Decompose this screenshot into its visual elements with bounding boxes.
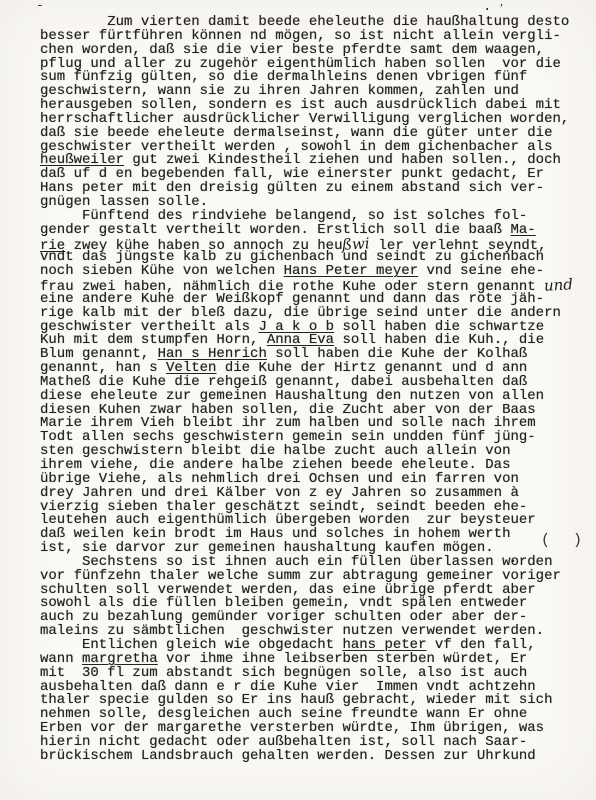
scanned-document-page: - · ʼ ( ) . Zum vierten damit beede ehel… [0,0,596,800]
text-segment: brückischem Landsbrauch gehalten werden.… [40,748,536,764]
text-segment: noch sieben Kühe von welchen [40,263,284,279]
handwritten-annotation: ßwi [342,237,370,252]
text-line: noch sieben Kühe von welchen Hans Peter … [40,265,588,279]
paragraph: Entlichen gleich wie obgedacht hans pete… [40,639,588,764]
text-segment: gender gestalt vertheilt worden. Erstlic… [40,222,510,238]
handwritten-annotation: und [544,278,574,293]
underlined-name: Ma- [510,222,535,238]
document-text: Zum vierten damit beede eheleuthe die ha… [40,16,588,764]
text-line: brückischem Landsbrauch gehalten werden.… [40,750,588,764]
underlined-name: Hans Peter meyer [284,263,418,279]
top-left-pencil-mark: - [36,0,44,13]
paragraph: Fünftend des rindviehe belangend, so ist… [40,210,588,556]
text-segment: vnd seine ehe- [418,263,544,279]
text-line: gender gestalt vertheilt worden. Erstlic… [40,224,588,238]
paragraph: Zum vierten damit beede eheleuthe die ha… [40,16,588,210]
paragraph: Sechstens so ist ihnen auch ein füllen ü… [40,556,588,639]
